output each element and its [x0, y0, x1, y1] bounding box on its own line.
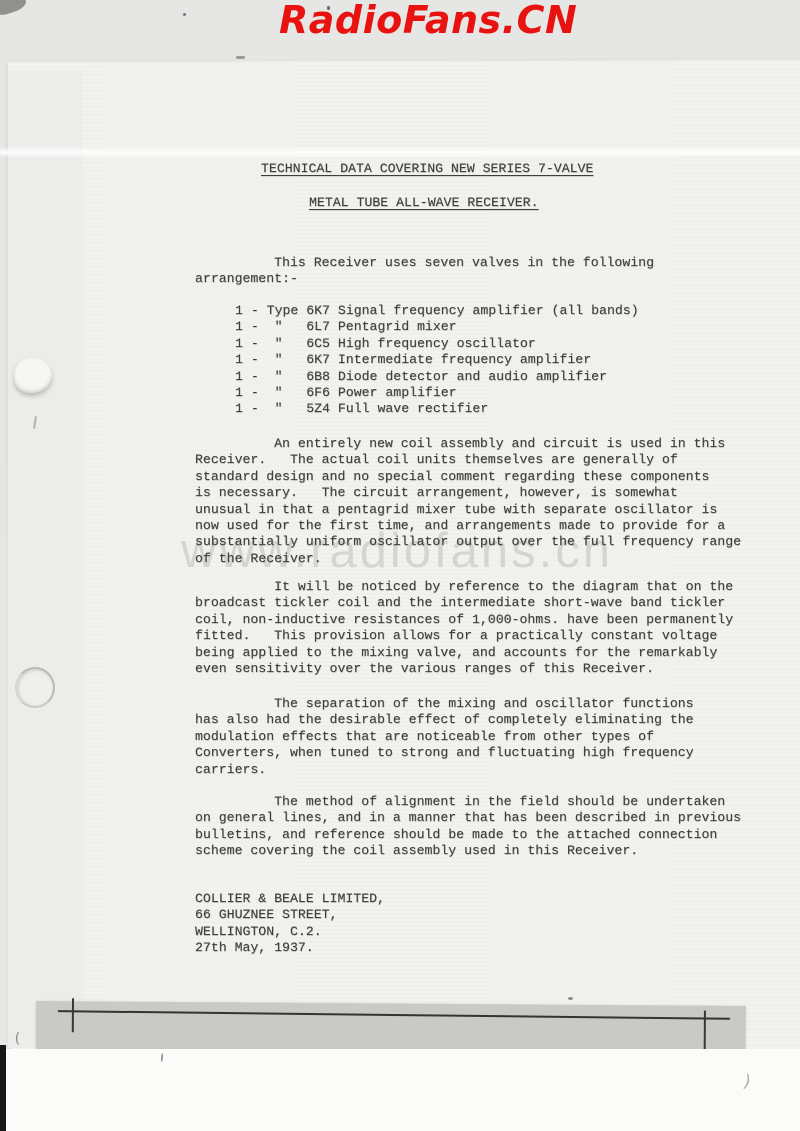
paragraph-alignment: The method of alignment in the field sho…	[195, 794, 741, 860]
ruled-line-tick	[704, 1011, 706, 1053]
dust-speck	[236, 56, 245, 59]
dust-speck	[183, 13, 186, 16]
paragraph-separation: The separation of the mixing and oscilla…	[195, 696, 694, 778]
valve-list-row: 1 - " 6L7 Pentagrid mixer	[235, 319, 457, 334]
paragraph-coil-assembly: An entirely new coil assembly and circui…	[195, 436, 741, 567]
stray-paren-mark: (	[13, 1031, 21, 1047]
valve-list-row: 1 - Type 6K7 Signal frequency amplifier …	[235, 303, 639, 318]
top-watermark-text: RadioFans.CN	[279, 0, 577, 42]
valve-list-row: 1 - " 5Z4 Full wave rectifier	[235, 401, 488, 416]
ruled-line-tick	[72, 998, 74, 1032]
dust-speck	[568, 997, 573, 1000]
signature-block: COLLIER & BEALE LIMITED, 66 GHUZNEE STRE…	[195, 891, 385, 957]
title-line-2: METAL TUBE ALL-WAVE RECEIVER.	[309, 195, 539, 211]
paragraph-tickler-coil: It will be noticed by reference to the d…	[195, 579, 733, 677]
valve-list: 1 - Type 6K7 Signal frequency amplifier …	[235, 303, 639, 418]
title-line-1: TECHNICAL DATA COVERING NEW SERIES 7-VAL…	[261, 161, 593, 177]
ruled-line	[58, 1010, 730, 1020]
typewritten-content: TECHNICAL DATA COVERING NEW SERIES 7-VAL…	[0, 0, 800, 1131]
bottom-white-area	[6, 1049, 800, 1131]
valve-list-row: 1 - " 6C5 High frequency oscillator	[235, 336, 536, 351]
intro-paragraph: This Receiver uses seven valves in the f…	[195, 255, 654, 288]
dust-speck	[327, 6, 330, 10]
left-black-edge	[0, 1045, 6, 1131]
valve-list-row: 1 - " 6F6 Power amplifier	[235, 385, 457, 400]
scanned-document-page: www.radiofans.cn TECHNICAL DATA COVERING…	[0, 0, 800, 1131]
bottom-scan-band	[36, 1001, 746, 1054]
valve-list-row: 1 - " 6B8 Diode detector and audio ampli…	[235, 369, 607, 384]
valve-list-row: 1 - " 6K7 Intermediate frequency amplifi…	[235, 352, 591, 367]
